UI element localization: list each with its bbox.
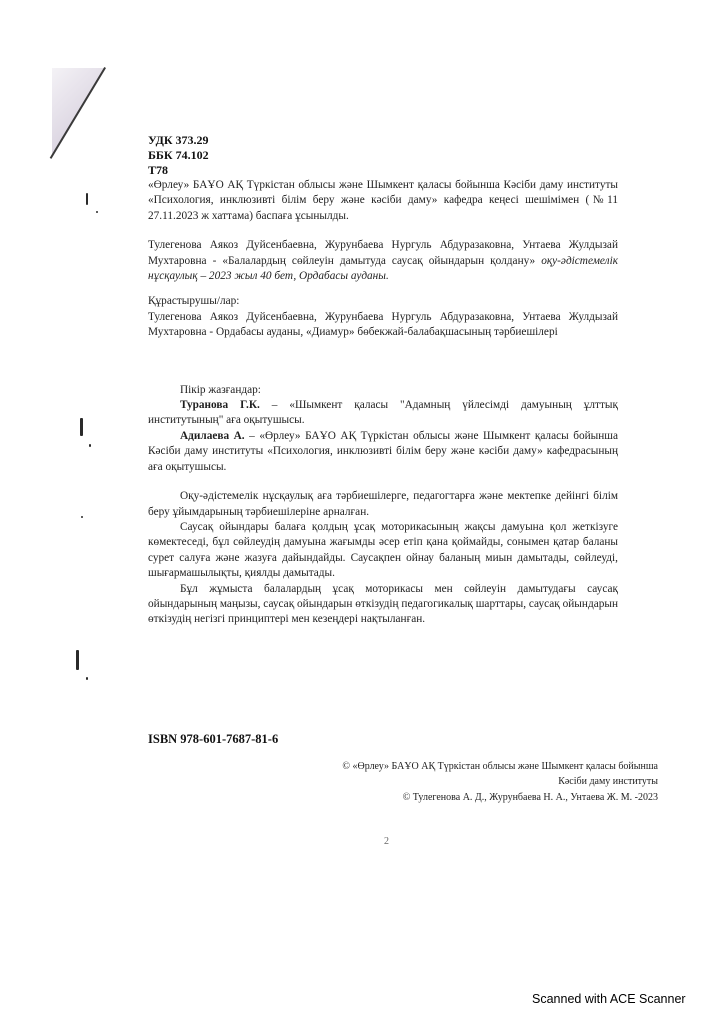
copyright-line: Кәсіби даму институты	[238, 774, 658, 789]
abstract-paragraph: Бұл жұмыста балалардың ұсақ моторикасы м…	[148, 582, 618, 628]
scan-mark	[76, 650, 79, 670]
scanner-watermark: Scanned with ACE Scanner	[532, 992, 686, 1006]
folded-corner-shadow	[52, 68, 106, 158]
compilers-text: Тулегенова Аякоз Дуйсенбаевна, Журунбаев…	[148, 310, 618, 341]
bbk-code: ББК 74.102	[148, 148, 618, 163]
compilers-label: Құрастырушы/лар:	[148, 294, 618, 309]
abstract-paragraph: Саусақ ойындары балаға қолдың ұсақ мотор…	[148, 520, 618, 582]
udk-code: УДК 373.29	[148, 133, 618, 148]
reviewer-name: Туранова Г.К.	[180, 399, 260, 411]
page-number: 2	[384, 836, 389, 847]
reviewers-label: Пікір жазғандар:	[148, 383, 618, 398]
bibliographic-citation: Тулегенова Аякоз Дуйсенбаевна, Журунбаев…	[148, 238, 618, 284]
reviewer-item: Туранова Г.К. – «Шымкент қаласы "Адамның…	[148, 398, 618, 429]
scan-mark	[81, 516, 83, 518]
copyright-block: © «Өрлеу» БАҰО АҚ Түркістан облысы және …	[238, 759, 658, 805]
author-mark: Т78	[148, 163, 618, 178]
scan-mark	[80, 418, 83, 436]
copyright-line: © «Өрлеу» БАҰО АҚ Түркістан облысы және …	[238, 759, 658, 774]
document-page: УДК 373.29 ББК 74.102 Т78 «Өрлеу» БАҰО А…	[148, 133, 618, 628]
abstract-paragraph: Оқу-әдістемелік нұсқаулық аға тәрбиешіле…	[148, 489, 618, 520]
scan-mark	[96, 211, 98, 213]
copyright-line: © Тулегенова А. Д., Журунбаева Н. А., Ун…	[238, 790, 658, 805]
reviewer-item: Адилаева А. – «Өрлеу» БАҰО АҚ Түркістан …	[148, 429, 618, 475]
reviewer-name: Адилаева А.	[180, 430, 245, 442]
isbn: ISBN 978-601-7687-81-6	[148, 732, 278, 747]
citation-title: «Балалардың сөйлеуін дамытуда саусақ ойы…	[222, 255, 535, 267]
scan-mark	[89, 444, 91, 447]
scan-mark	[86, 677, 88, 680]
approval-statement: «Өрлеу» БАҰО АҚ Түркістан облысы және Шы…	[148, 178, 618, 224]
scan-mark	[86, 193, 88, 205]
